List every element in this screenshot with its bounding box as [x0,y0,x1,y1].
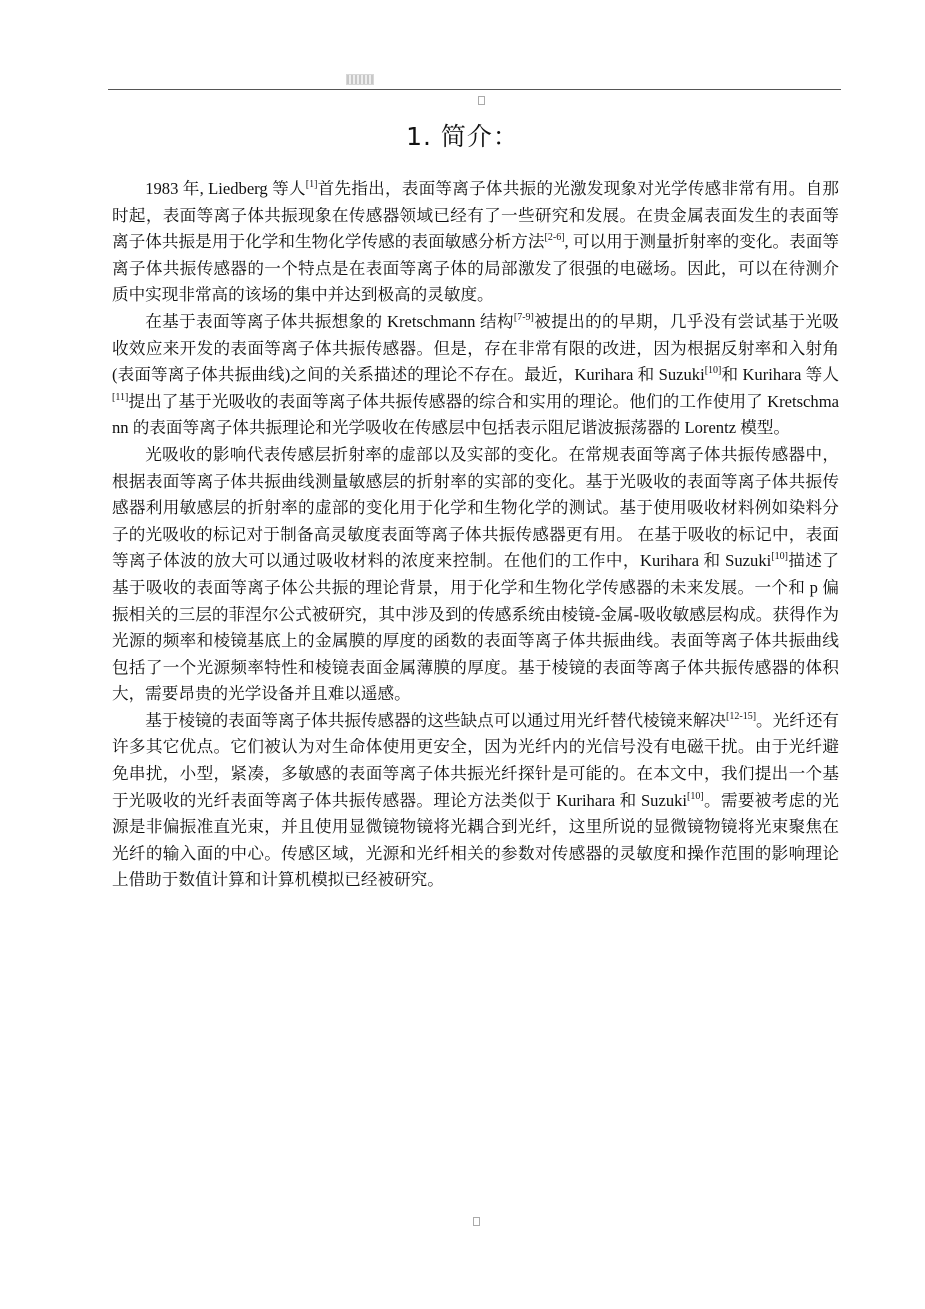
paragraph: 在基于表面等离子体共振想象的 Kretschmann 结构[7-9]被提出的的早… [112,309,839,442]
paragraph: 基于棱镜的表面等离子体共振传感器的这些缺点可以通过用光纤替代棱镜来解决[12-1… [112,708,839,894]
header-barcode-icon [346,74,374,85]
body-text: 1983 年, Liedberg 等人[1]首先指出，表面等离子体共振的光激发现… [112,176,839,894]
section-title: 1. 简介： [0,117,925,153]
citation-ref: [10] [705,365,722,376]
citation-ref: [2-6] [545,232,565,243]
citation-ref: [10] [771,551,788,562]
paragraph: 1983 年, Liedberg 等人[1]首先指出，表面等离子体共振的光激发现… [112,176,839,309]
citation-ref: [7-9] [514,312,534,323]
citation-ref: [10] [687,791,704,802]
citation-ref: [11] [112,392,128,403]
citation-ref: [12-15] [726,711,756,722]
citation-ref: [1] [306,179,318,190]
header-divider [108,89,841,90]
missing-glyph-icon [478,96,485,105]
paragraph: 光吸收的影响代表传感层折射率的虚部以及实部的变化。在常规表面等离子体共振传感器中… [112,442,839,708]
page-footer-glyph-icon [473,1217,480,1226]
